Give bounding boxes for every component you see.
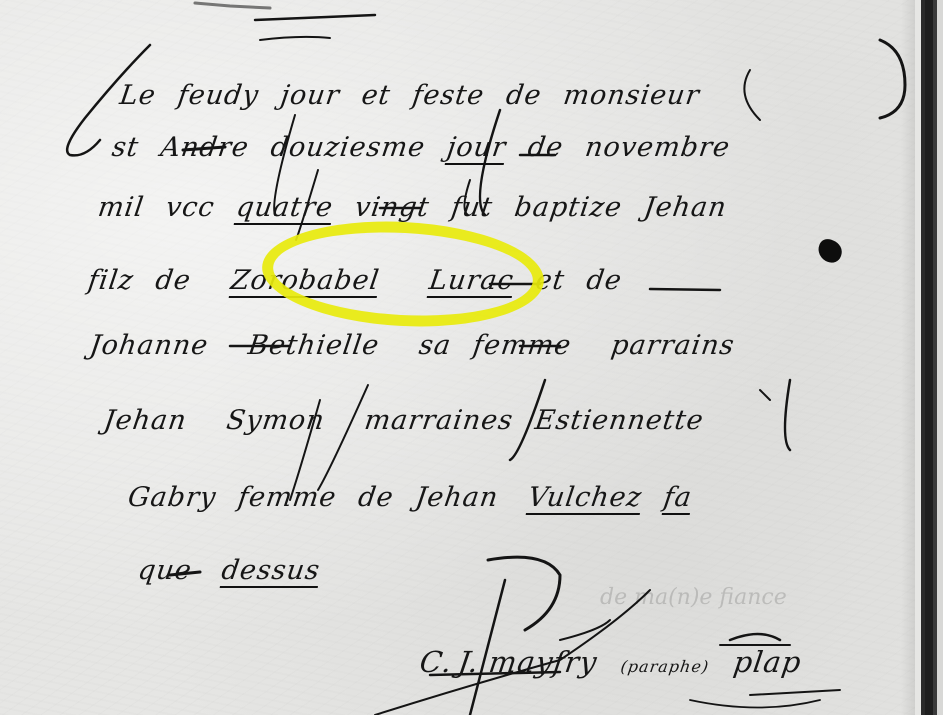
register-line-2: stAndredouziesmejourdenovembre xyxy=(110,132,754,165)
signature-2: J. mayfry xyxy=(456,645,600,679)
signature-3: plap xyxy=(731,645,803,679)
register-line-5: JohanneBethiellesafemmeparrains xyxy=(88,330,759,361)
signature-line: C.J. mayfry(paraphe)plap xyxy=(418,645,826,679)
bleedthrough-text: de ma(n)e fiance xyxy=(600,585,787,610)
signature-paraphe: (paraphe) xyxy=(619,657,710,676)
signature-1: C. xyxy=(418,645,455,679)
register-line-1: Lefeudyjouretfestedemonsieur xyxy=(118,80,724,111)
register-line-8: quedessus xyxy=(136,555,345,588)
register-line-7: GabryfemmedeJehanVulchezfa xyxy=(126,482,716,515)
register-page: de ma(n)e fiance xyxy=(0,0,943,715)
binding-shadow xyxy=(901,0,915,715)
ink-blot xyxy=(815,237,845,266)
register-line-3: milvccquatrevingtfutbaptizeJehan xyxy=(96,192,751,225)
yellow-highlight-ellipse xyxy=(259,215,546,334)
register-line-6: JehanSymonmarrainesEstiennette xyxy=(102,405,728,436)
book-binding-edge xyxy=(915,0,943,715)
